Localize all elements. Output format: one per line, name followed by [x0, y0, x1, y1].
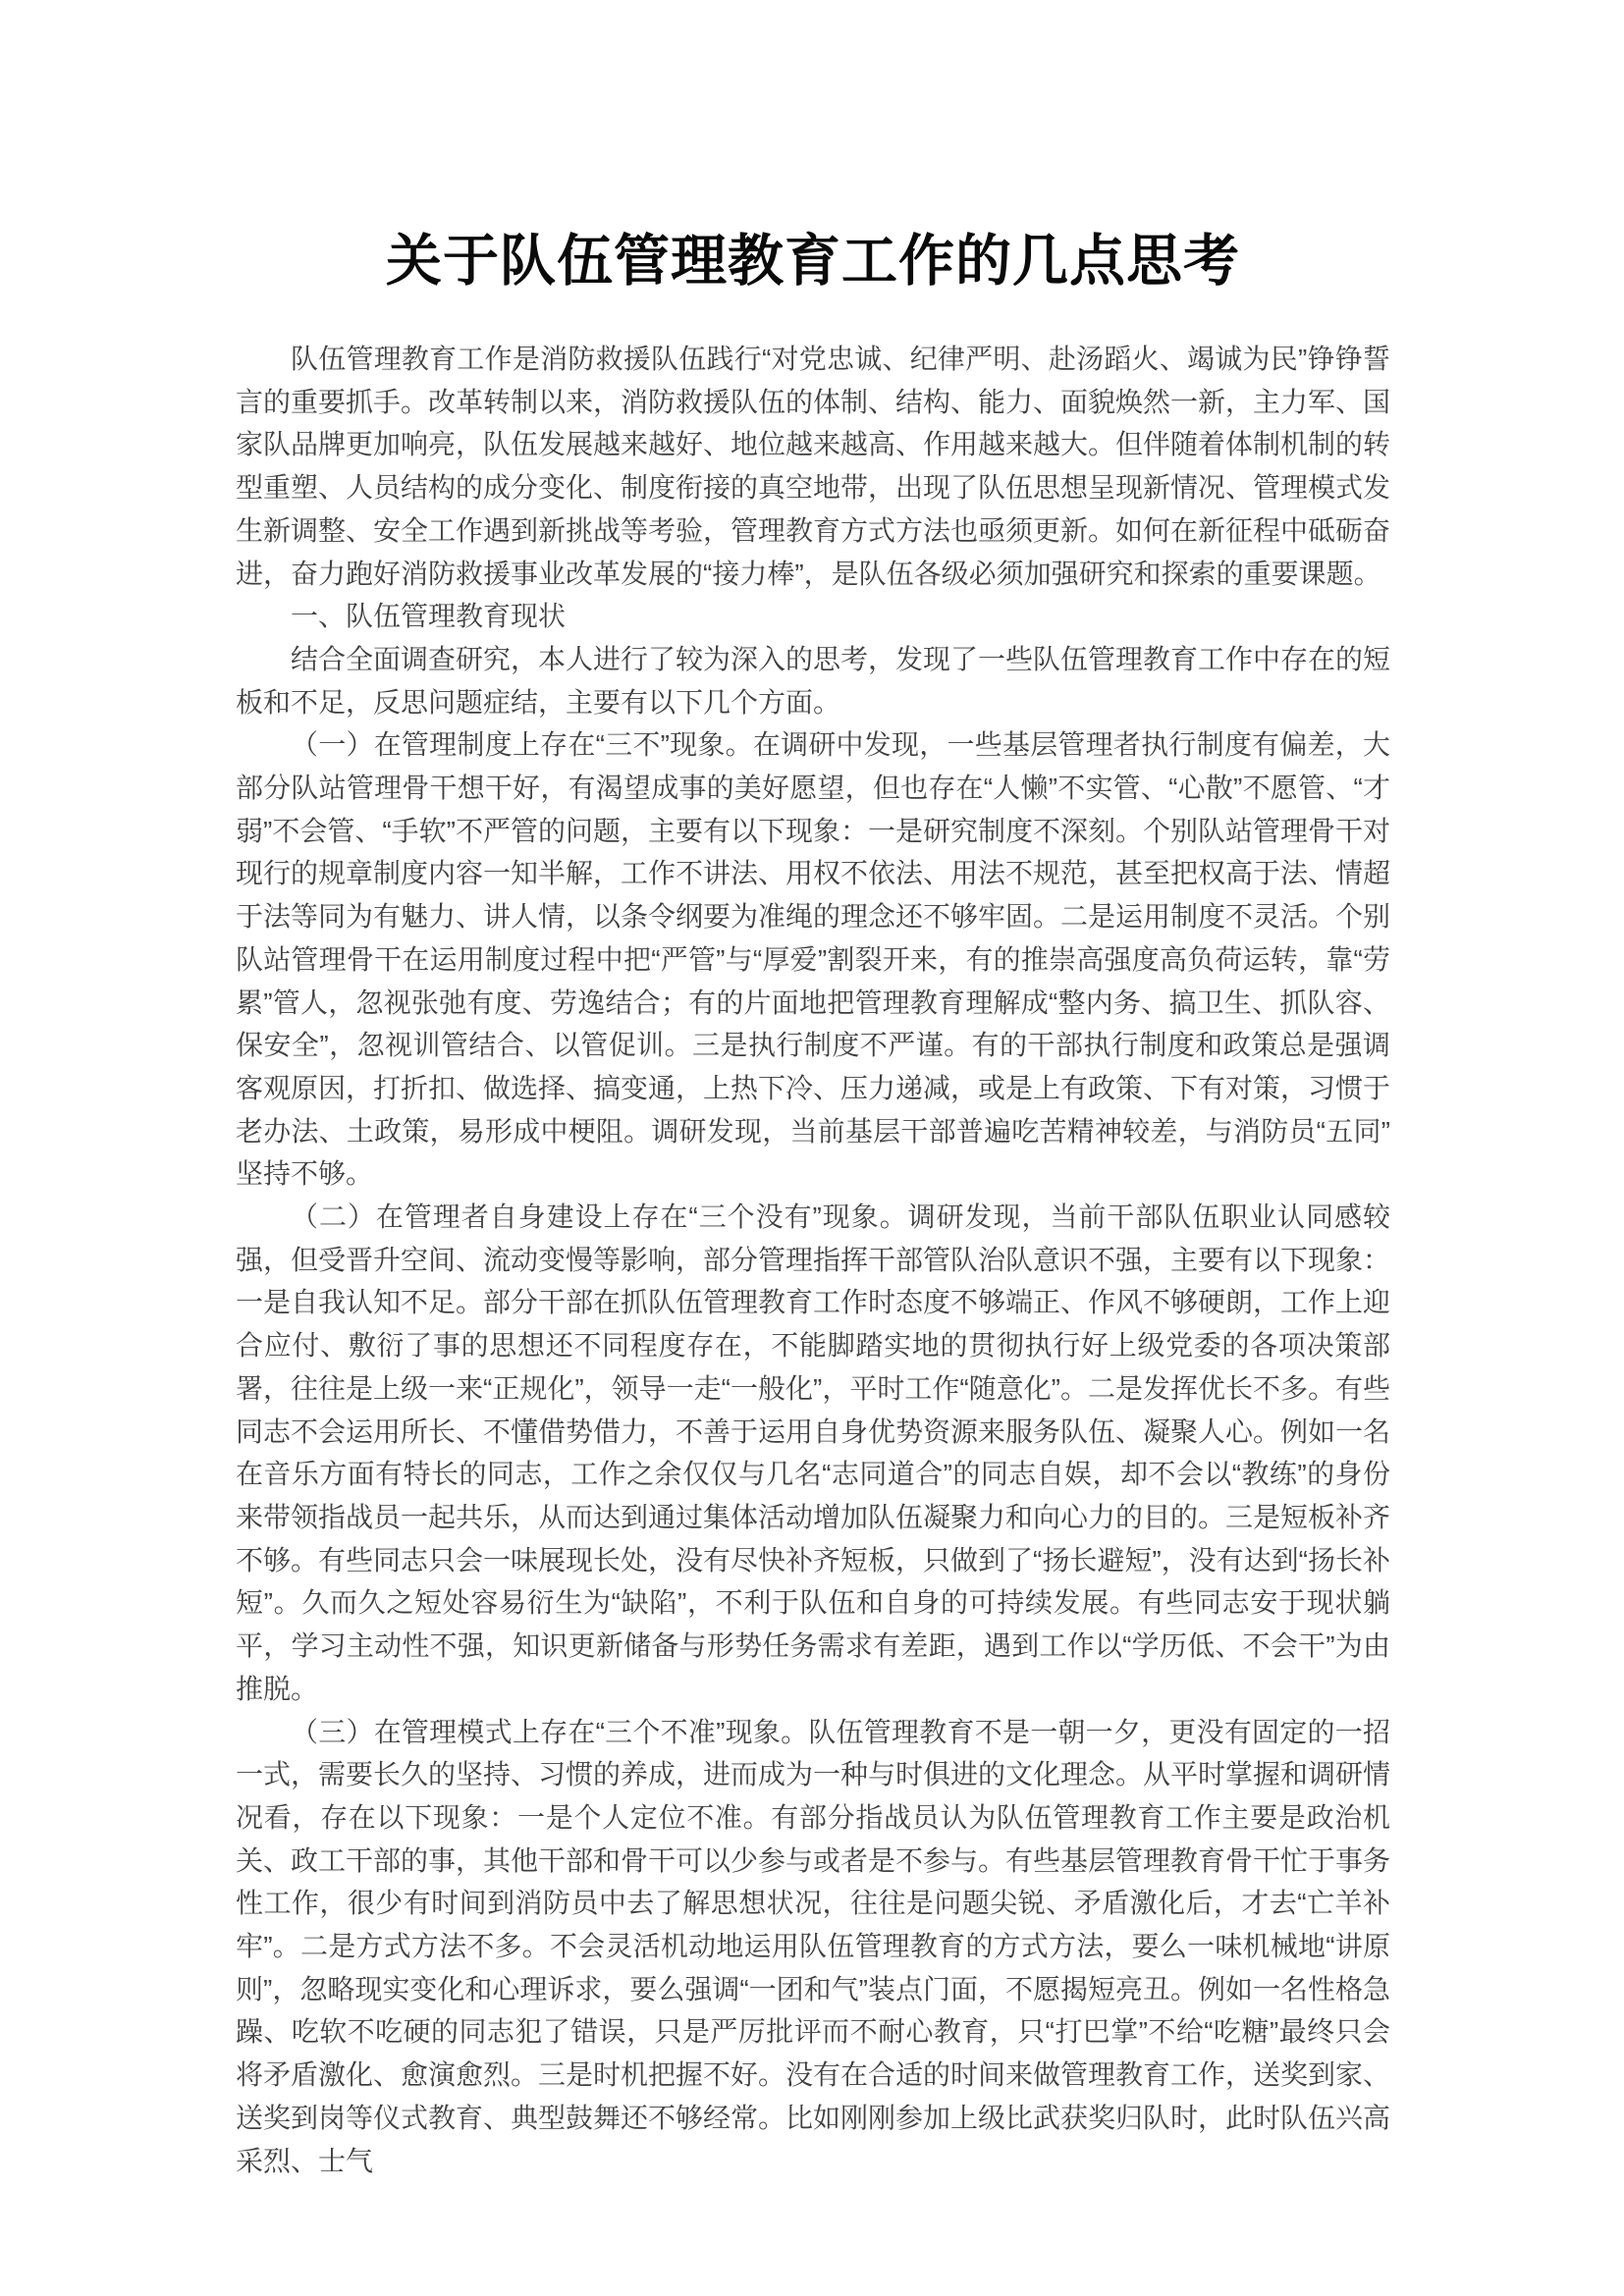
section-heading: 一、队伍管理教育现状	[236, 595, 1390, 638]
paragraph: 队伍管理教育工作是消防救援队伍践行“对党忠诚、纪律严明、赴汤蹈火、竭诚为民”铮铮…	[236, 338, 1390, 595]
paragraph: 结合全面调查研究，本人进行了较为深入的思考，发现了一些队伍管理教育工作中存在的短…	[236, 638, 1390, 723]
document-title: 关于队伍管理教育工作的几点思考	[236, 0, 1390, 304]
document-content: 关于队伍管理教育工作的几点思考 队伍管理教育工作是消防救援队伍践行“对党忠诚、纪…	[236, 0, 1390, 2182]
paragraph: （二）在管理者自身建设上存在“三个没有”现象。调研发现，当前干部队伍职业认同感较…	[236, 1196, 1390, 1710]
document-page: 关于队伍管理教育工作的几点思考 队伍管理教育工作是消防救援队伍践行“对党忠诚、纪…	[0, 0, 1624, 2296]
paragraph: （三）在管理模式上存在“三个不准”现象。队伍管理教育不是一朝一夕，更没有固定的一…	[236, 1711, 1390, 2183]
paragraph: （一）在管理制度上存在“三不”现象。在调研中发现，一些基层管理者执行制度有偏差，…	[236, 723, 1390, 1196]
document-body: 队伍管理教育工作是消防救援队伍践行“对党忠诚、纪律严明、赴汤蹈火、竭诚为民”铮铮…	[236, 338, 1390, 2182]
